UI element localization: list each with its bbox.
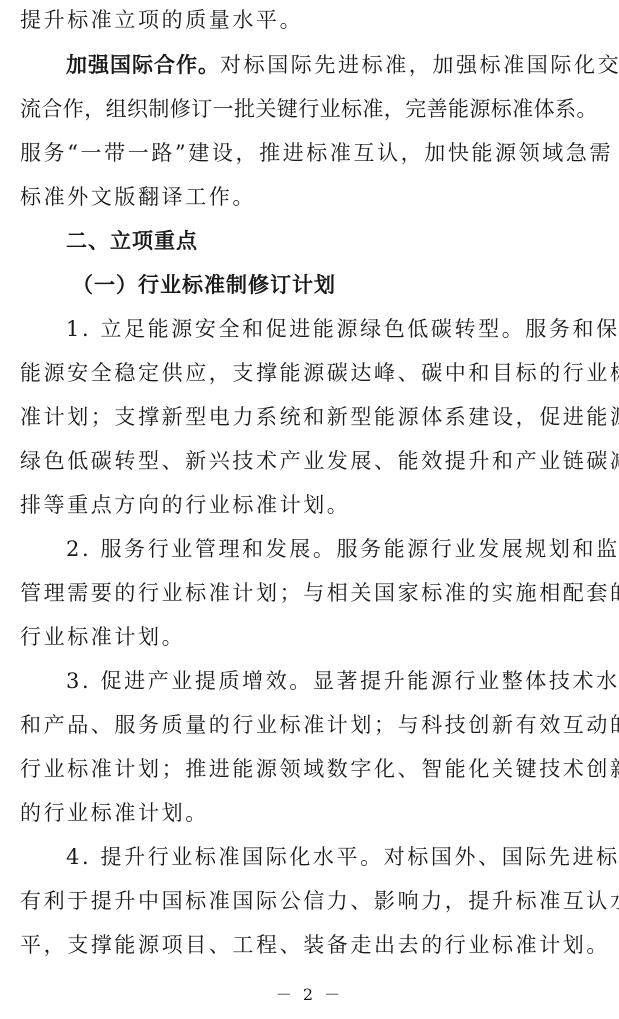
text-line: 标准外文版翻译工作。	[20, 182, 256, 212]
item2-line: 行业标准计划。	[20, 622, 185, 652]
item1-line: 1. 立足能源安全和促进能源绿色低碳转型。服务和保障	[66, 314, 619, 344]
item3-line: 和产品、服务质量的行业标准计划；与科技创新有效互动的	[20, 710, 619, 740]
item1-line: 能源安全稳定供应，支撑能源碳达峰、碳中和目标的行业标	[20, 358, 619, 388]
item2-line: 管理需要的行业标准计划；与相关国家标准的实施相配套的	[20, 578, 619, 608]
paragraph-text: 对标国际先进标准，加强标准国际化交	[220, 53, 619, 77]
bold-lead: 加强国际合作。	[66, 53, 220, 77]
text-line: 提升标准立项的质量水平。	[20, 5, 303, 35]
page-number: － 2 －	[0, 982, 619, 1005]
item4-line: 有利于提升中国标准国际公信力、影响力，提升标准互认水	[20, 886, 619, 916]
subsection-heading: （一）行业标准制修订计划	[72, 270, 336, 300]
item4-line: 平，支撑能源项目、工程、装备走出去的行业标准计划。	[20, 930, 610, 960]
text-line: 流合作，组织制修订一批关键行业标准，完善能源标准体系。	[20, 94, 598, 124]
item3-line: 3. 促进产业提质增效。显著提升能源行业整体技术水平	[66, 666, 619, 696]
item3-line: 行业标准计划；推进能源领域数字化、智能化关键技术创新	[20, 754, 619, 784]
item3-line: 的行业标准计划。	[20, 798, 209, 828]
paragraph-intl-cooperation: 加强国际合作。对标国际先进标准，加强标准国际化交	[66, 50, 619, 80]
section-heading: 二、立项重点	[66, 226, 198, 256]
text-line: 服务“一带一路”建设，推进标准互认，加快能源领域急需	[20, 138, 613, 168]
item1-line: 排等重点方向的行业标准计划。	[20, 490, 350, 520]
item1-line: 绿色低碳转型、新兴技术产业发展、能效提升和产业链碳减	[20, 446, 619, 476]
item2-line: 2. 服务行业管理和发展。服务能源行业发展规划和监督	[66, 534, 619, 564]
item1-line: 准计划；支撑新型电力系统和新型能源体系建设，促进能源	[20, 402, 619, 432]
item4-line: 4. 提升行业标准国际化水平。对标国外、国际先进标准，	[66, 842, 619, 872]
